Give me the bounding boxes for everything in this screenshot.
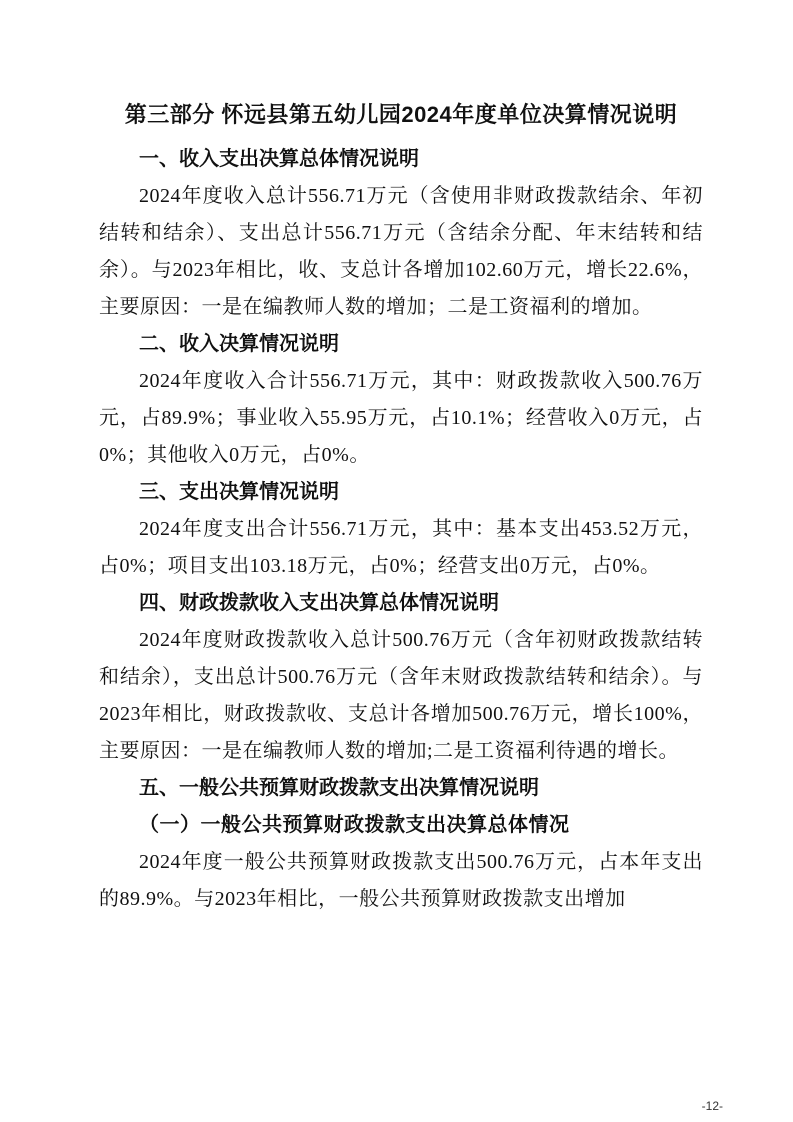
page-number: -12-: [702, 1099, 723, 1113]
section-heading-income-expenditure-overview: 一、收入支出决算总体情况说明: [99, 141, 703, 178]
section-heading-income-details: 二、收入决算情况说明: [99, 326, 703, 363]
paragraph-income-expenditure-overview: 2024年度收入总计556.71万元（含使用非财政拨款结余、年初结转和结余）、支…: [99, 178, 703, 326]
paragraph-income-details: 2024年度收入合计556.71万元，其中：财政拨款收入500.76万元，占89…: [99, 363, 703, 474]
section-heading-fiscal-appropriation-overview: 四、财政拨款收入支出决算总体情况说明: [99, 585, 703, 622]
page-title: 第三部分 怀远县第五幼儿园2024年度单位决算情况说明: [99, 96, 703, 133]
section-heading-general-public-budget: 五、一般公共预算财政拨款支出决算情况说明: [99, 770, 703, 807]
section-heading-expenditure-details: 三、支出决算情况说明: [99, 474, 703, 511]
paragraph-general-public-budget-overall: 2024年度一般公共预算财政拨款支出500.76万元，占本年支出的89.9%。与…: [99, 844, 703, 918]
paragraph-fiscal-appropriation-overview: 2024年度财政拨款收入总计500.76万元（含年初财政拨款结转和结余），支出总…: [99, 622, 703, 770]
document-page: 第三部分 怀远县第五幼儿园2024年度单位决算情况说明 一、收入支出决算总体情况…: [0, 0, 793, 1122]
paragraph-expenditure-details: 2024年度支出合计556.71万元，其中：基本支出453.52万元，占0%；项…: [99, 511, 703, 585]
subsection-heading-general-public-budget-overall: （一）一般公共预算财政拨款支出决算总体情况: [99, 807, 703, 844]
